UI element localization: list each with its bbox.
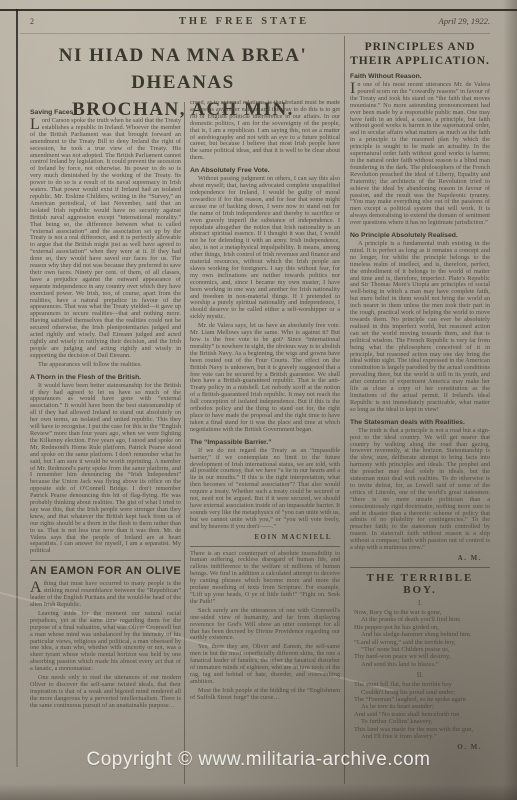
- newspaper-page: 2 THE FREE STATE April 29, 1922. NI HIAD…: [0, 0, 517, 800]
- poem-line: As he tore its heart asunder;: [354, 703, 490, 710]
- paragraph-eamon-7: Must the Irish people at the bidding of …: [190, 688, 340, 702]
- column-divider-left: [184, 102, 185, 784]
- paragraph-principles-1: In one of his most recent utterances Mr.…: [350, 82, 490, 227]
- poem-line: And his sledge-hammer slung behind him.: [354, 631, 490, 638]
- subhead-saving-faces: Saving Faces.: [30, 109, 181, 116]
- section-divider-rule: [350, 567, 490, 568]
- paragraph-principles-3: The truth is that a principle is not a r…: [350, 428, 490, 552]
- poem-line: “Tho' none but Childers praise us,: [354, 646, 490, 653]
- scan-edge-top: [0, 9, 517, 11]
- paragraph-brochan-1: Lord Carson spoke the truth when he said…: [30, 118, 181, 360]
- headline-eamon: AN EAMON FOR AN OLIVER,: [30, 565, 181, 577]
- paragraph-eamon-4: There is an exact counterpart of absolut…: [190, 551, 340, 606]
- issue-date: April 29, 1922.: [398, 16, 490, 26]
- column-middle: creed, as to external relations, is that…: [190, 100, 340, 786]
- paragraph-brochan-2: The appearances will follow the realitie…: [30, 362, 181, 369]
- paragraph-principles-2: A principle is a fundamental truth exist…: [350, 241, 490, 414]
- section-divider-rule: [30, 560, 181, 561]
- watermark: Copyright © www.militaria-archive.com: [0, 749, 517, 771]
- poem-line: “Land all wrong,” said the terrible boy,: [354, 639, 490, 646]
- column-left: Saving Faces. Lord Carson spoke the trut…: [30, 104, 181, 786]
- poem-line: This land was made for the men with the …: [354, 726, 490, 733]
- paragraph-eamon-6: Yes, there they are, Oliver and Eamon, t…: [190, 644, 340, 685]
- subhead-no-principle-realised: No Principle Absolutely Realised.: [350, 232, 490, 239]
- poem-line: And I'll free it from slavery.”: [354, 733, 490, 740]
- poem-part-label-2: II.: [350, 671, 490, 679]
- paragraph-eamon-1: A thing that must have occurred to many …: [30, 581, 181, 609]
- poem-line: The “Freeman” laughed, so he spoke again: [354, 696, 490, 703]
- subhead-thorn-in-flesh: A Thorn in the Flesh of the British.: [30, 374, 181, 381]
- paragraph-brochan-3-continued: creed, as to external relations, is that…: [190, 100, 340, 162]
- poem-line: Thy hard-won peace we will destroy,: [354, 653, 490, 660]
- poem-line: Now, Rory Og to the war is gone,: [354, 609, 490, 616]
- paragraph-eamon-5: Such surely are the utterances of one wi…: [190, 608, 340, 643]
- poem-line: At the pranks of death you'll find him;: [354, 616, 490, 623]
- column-divider-right: [344, 36, 345, 784]
- column-right: PRINCIPLES AND THEIR APPLICATION. Faith …: [350, 40, 490, 786]
- poem-line: His pepper-pot he has girded on,: [354, 624, 490, 631]
- poem-line: Couldn't bring his proud soul under;: [354, 689, 490, 696]
- poem-line: To further Collins' knavery,: [354, 718, 490, 725]
- paragraph-brochan-3: It would have been better statesmanship …: [30, 383, 181, 556]
- subhead-free-vote: An Absolutely Free Vote.: [190, 167, 340, 174]
- scan-edge-left: [16, 9, 18, 767]
- poem-stanza-2: The stunt fell flat, but the terrible bo…: [350, 681, 490, 740]
- signature-a-m: A. M.: [350, 554, 482, 562]
- headline-terrible-boy: THE TERRIBLE BOY.: [350, 572, 490, 596]
- poem-line: And said “No trains shall henceforth run: [354, 711, 490, 718]
- headline-principles: PRINCIPLES AND THEIR APPLICATION.: [350, 40, 490, 68]
- poem-part-label-1: I.: [350, 599, 490, 607]
- scan-shadow-right: [503, 0, 517, 800]
- paragraph-eamon-3: One needs only to read the utterances of…: [30, 675, 181, 710]
- poem-line: And send this land to blazes.”: [354, 661, 490, 668]
- signature-eoin-macniell: EOIN MACNIELL: [190, 533, 332, 541]
- headline-brochan-line1: NI HIAD NA MNA BREA' DHEANAS: [26, 42, 340, 96]
- subhead-impassible-barrier: The “Impassible Barrier.”: [190, 439, 340, 446]
- section-divider-rule: [190, 546, 340, 547]
- paragraph-brochan-5: Mr. de Valera says, let us have an absol…: [190, 323, 340, 434]
- page-header: 2 THE FREE STATE April 29, 1922.: [30, 16, 490, 27]
- header-divider-rule: [20, 33, 490, 34]
- subhead-statesman-realities: The Statesman deals with Realities.: [350, 419, 490, 426]
- poem-line: The stunt fell flat, but the terrible bo…: [354, 681, 490, 688]
- subhead-faith-without-reason: Faith Without Reason.: [350, 73, 490, 80]
- scan-shadow-bottom: [0, 784, 517, 800]
- page-number: 2: [30, 17, 90, 26]
- masthead-title: THE FREE STATE: [90, 16, 398, 27]
- paragraph-brochan-6: If we do not regard the Treaty as an “im…: [190, 448, 340, 531]
- paragraph-brochan-4: Without passing judgment on others, I ca…: [190, 176, 340, 321]
- poem-stanza-1: Now, Rory Og to the war is gone, At the …: [350, 609, 490, 668]
- paragraph-eamon-2: Leaving aside for the moment our natural…: [30, 611, 181, 673]
